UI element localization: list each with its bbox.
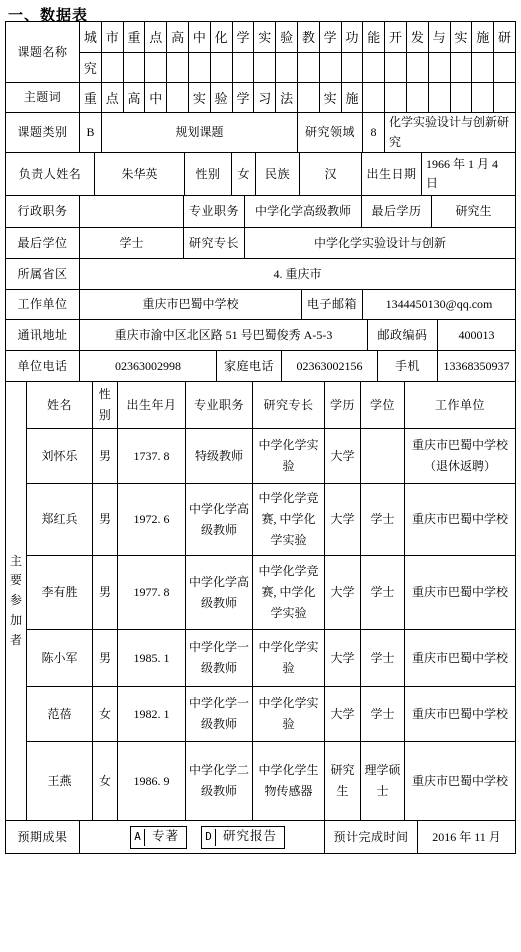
participant-title: 中学化学高级教师 bbox=[185, 484, 252, 555]
header-gender: 性别 bbox=[92, 382, 117, 428]
char-cell: 施 bbox=[471, 22, 493, 52]
char-cell bbox=[144, 53, 166, 83]
participant-gender: 男 bbox=[92, 429, 117, 483]
participant-specialty: 中学化学实验 bbox=[252, 429, 324, 483]
participant-row: 范蓓 女 1982. 1 中学化学一级教师 中学化学实验 大学 学士 重庆市巴蜀… bbox=[27, 686, 515, 741]
char-cell bbox=[101, 53, 123, 83]
char-cell bbox=[341, 53, 363, 83]
leader-ethnic-label: 民族 bbox=[255, 153, 299, 195]
research-field-name: 化学实验设计与创新研究 bbox=[384, 113, 515, 152]
participant-education: 大学 bbox=[324, 556, 360, 629]
participant-degree: 学士 bbox=[360, 556, 404, 629]
char-cell bbox=[210, 53, 232, 83]
participant-row: 郑红兵 男 1972. 6 中学化学高级教师 中学化学竞赛, 中学化学实验 大学… bbox=[27, 483, 515, 555]
row-leader: 负责人姓名 朱华英 性别 女 民族 汉 出生日期 1966 年 1 月 4 日 bbox=[6, 152, 515, 195]
participant-gender: 男 bbox=[92, 556, 117, 629]
email-label: 电子邮箱 bbox=[301, 290, 362, 319]
leader-ethnic: 汉 bbox=[299, 153, 361, 195]
participant-title: 中学化学二级教师 bbox=[185, 742, 252, 820]
project-name-label: 课题名称 bbox=[6, 22, 79, 82]
participant-degree: 学士 bbox=[360, 630, 404, 686]
char-cell bbox=[275, 53, 297, 83]
zip-label: 邮政编码 bbox=[367, 320, 437, 350]
participant-birth: 1972. 6 bbox=[117, 484, 185, 555]
char-cell: 能 bbox=[362, 22, 384, 52]
leader-gender-label: 性别 bbox=[184, 153, 231, 195]
char-cell: 验 bbox=[275, 22, 297, 52]
char-cell: 重 bbox=[80, 83, 101, 112]
char-cell bbox=[297, 53, 319, 83]
row-keywords: 主题词 重点高中实验学习法实施 bbox=[6, 82, 515, 112]
participant-title: 特级教师 bbox=[185, 429, 252, 483]
participant-birth: 1737. 8 bbox=[117, 429, 185, 483]
char-cell: 重 bbox=[123, 22, 145, 52]
row-phones: 单位电话 02363002998 家庭电话 02363002156 手机 133… bbox=[6, 350, 515, 381]
char-cell bbox=[362, 83, 384, 112]
char-cell: 学 bbox=[232, 83, 254, 112]
row-project-name: 课题名称 城市重点高中化学实验教学功能开发与实施研 究 bbox=[6, 22, 515, 82]
participant-education: 大学 bbox=[324, 484, 360, 555]
participant-name: 李有胜 bbox=[27, 556, 92, 629]
participant-specialty: 中学化学实验 bbox=[252, 630, 324, 686]
row-category: 课题类别 B 规划课题 研究领域 8 化学实验设计与创新研究 bbox=[6, 112, 515, 152]
deadline-label: 预计完成时间 bbox=[324, 821, 417, 853]
degree-value: 学士 bbox=[79, 228, 183, 258]
research-field-label: 研究领域 bbox=[297, 113, 362, 152]
char-cell bbox=[406, 53, 428, 83]
participants-header-row: 姓名 性别 出生年月 专业职务 研究专长 学历 学位 工作单位 bbox=[27, 382, 515, 428]
participant-degree: 学士 bbox=[360, 484, 404, 555]
header-workplace: 工作单位 bbox=[404, 382, 515, 428]
keywords-label: 主题词 bbox=[6, 83, 79, 112]
zip-value: 400013 bbox=[437, 320, 515, 350]
char-cell: 点 bbox=[144, 22, 166, 52]
project-name-grid: 城市重点高中化学实验教学功能开发与实施研 究 bbox=[79, 22, 515, 82]
participant-row: 李有胜 男 1977. 8 中学化学高级教师 中学化学竞赛, 中学化学实验 大学… bbox=[27, 555, 515, 629]
char-cell: 学 bbox=[232, 22, 254, 52]
email-value: 1344450130@qq.com bbox=[362, 290, 515, 319]
participant-degree bbox=[360, 429, 404, 483]
participants-table: 姓名 性别 出生年月 专业职务 研究专长 学历 学位 工作单位 刘怀乐 男 17… bbox=[26, 382, 515, 820]
participant-degree: 理学硕士 bbox=[360, 742, 404, 820]
char-cell bbox=[253, 53, 275, 83]
address-value: 重庆市渝中区北区路 51 号巴蜀俊秀 A-5-3 bbox=[79, 320, 367, 350]
specialty-value: 中学化学实验设计与创新 bbox=[244, 228, 515, 258]
result-box-monograph: A 专著 bbox=[130, 826, 187, 849]
participant-title: 中学化学一级教师 bbox=[185, 687, 252, 741]
participant-gender: 女 bbox=[92, 687, 117, 741]
data-table: 课题名称 城市重点高中化学实验教学功能开发与实施研 究 主题词 重点高中实验学习… bbox=[5, 21, 516, 854]
row-degree: 最后学位 学士 研究专长 中学化学实验设计与创新 bbox=[6, 227, 515, 258]
header-specialty: 研究专长 bbox=[252, 382, 324, 428]
char-cell: 教 bbox=[297, 22, 319, 52]
char-cell: 学 bbox=[319, 22, 341, 52]
char-cell: 高 bbox=[123, 83, 145, 112]
participant-row: 刘怀乐 男 1737. 8 特级教师 中学化学实验 大学 重庆市巴蜀中学校（退休… bbox=[27, 428, 515, 483]
char-cell bbox=[166, 83, 188, 112]
char-cell bbox=[188, 53, 210, 83]
char-cell bbox=[166, 53, 188, 83]
deadline-value: 2016 年 11 月 bbox=[417, 821, 515, 853]
leader-label: 负责人姓名 bbox=[6, 153, 94, 195]
char-cell: 实 bbox=[450, 22, 472, 52]
specialty-label: 研究专长 bbox=[183, 228, 244, 258]
result-code: A bbox=[131, 827, 144, 848]
char-cell: 验 bbox=[210, 83, 232, 112]
char-cell: 高 bbox=[166, 22, 188, 52]
char-cell: 实 bbox=[319, 83, 341, 112]
participant-workplace: 重庆市巴蜀中学校 bbox=[404, 687, 515, 741]
header-degree: 学位 bbox=[360, 382, 404, 428]
participant-row: 王燕 女 1986. 9 中学化学二级教师 中学化学生物传感器 研究生 理学硕士… bbox=[27, 741, 515, 820]
char-cell bbox=[471, 83, 493, 112]
participant-birth: 1986. 9 bbox=[117, 742, 185, 820]
home-phone-value: 02363002156 bbox=[281, 351, 377, 381]
result-box-report: D 研究报告 bbox=[201, 826, 285, 849]
char-cell bbox=[450, 83, 472, 112]
char-cell bbox=[406, 83, 428, 112]
char-cell bbox=[384, 53, 406, 83]
research-field-code: 8 bbox=[362, 113, 384, 152]
leader-birth: 1966 年 1 月 4 日 bbox=[421, 153, 515, 195]
participant-row: 陈小军 男 1985. 1 中学化学一级教师 中学化学实验 大学 学士 重庆市巴… bbox=[27, 629, 515, 686]
participant-specialty: 中学化学生物传感器 bbox=[252, 742, 324, 820]
participant-education: 研究生 bbox=[324, 742, 360, 820]
row-expected-results: 预期成果 A 专著 D 研究报告 预计完成时间 2016 年 11 月 bbox=[6, 820, 515, 853]
expected-results-value: A 专著 D 研究报告 bbox=[79, 821, 324, 853]
project-name-line2: 究 bbox=[80, 52, 515, 83]
project-name-line1: 城市重点高中化学实验教学功能开发与实施研 bbox=[80, 22, 515, 52]
participant-degree: 学士 bbox=[360, 687, 404, 741]
participant-specialty: 中学化学竞赛, 中学化学实验 bbox=[252, 556, 324, 629]
participant-workplace: 重庆市巴蜀中学校 bbox=[404, 484, 515, 555]
header-name: 姓名 bbox=[27, 382, 92, 428]
participant-name: 陈小军 bbox=[27, 630, 92, 686]
participant-workplace: 重庆市巴蜀中学校 bbox=[404, 556, 515, 629]
char-cell bbox=[319, 53, 341, 83]
participant-education: 大学 bbox=[324, 630, 360, 686]
participants-section: 主要参加者 姓名 性别 出生年月 专业职务 研究专长 学历 学位 工作单位 刘怀… bbox=[6, 381, 515, 820]
participant-gender: 女 bbox=[92, 742, 117, 820]
participant-specialty: 中学化学实验 bbox=[252, 687, 324, 741]
participant-education: 大学 bbox=[324, 429, 360, 483]
result-code: D bbox=[202, 827, 215, 848]
char-cell: 点 bbox=[101, 83, 123, 112]
office-phone-label: 单位电话 bbox=[6, 351, 79, 381]
participant-education: 大学 bbox=[324, 687, 360, 741]
char-cell bbox=[450, 53, 472, 83]
participant-workplace: 重庆市巴蜀中学校（退休返聘） bbox=[404, 429, 515, 483]
participant-gender: 男 bbox=[92, 630, 117, 686]
education-value: 研究生 bbox=[431, 196, 515, 227]
char-cell bbox=[232, 53, 254, 83]
category-name: 规划课题 bbox=[101, 113, 297, 152]
char-cell: 中 bbox=[188, 22, 210, 52]
char-cell bbox=[493, 53, 515, 83]
prof-title-label: 专业职务 bbox=[183, 196, 244, 227]
row-address: 通讯地址 重庆市渝中区北区路 51 号巴蜀俊秀 A-5-3 邮政编码 40001… bbox=[6, 319, 515, 350]
mobile-value: 13368350937 bbox=[437, 351, 515, 381]
admin-post-value bbox=[79, 196, 183, 227]
category-code: B bbox=[79, 113, 101, 152]
char-cell: 实 bbox=[253, 22, 275, 52]
char-cell: 法 bbox=[275, 83, 297, 112]
expected-results-label: 预期成果 bbox=[6, 821, 79, 853]
row-workplace: 工作单位 重庆市巴蜀中学校 电子邮箱 1344450130@qq.com bbox=[6, 289, 515, 319]
header-title: 专业职务 bbox=[185, 382, 252, 428]
document-page: { "title": "一、数据表", "project_name": { "l… bbox=[0, 0, 521, 952]
result-name: 研究报告 bbox=[216, 827, 284, 848]
char-cell: 发 bbox=[406, 22, 428, 52]
participants-side-label: 主要参加者 bbox=[6, 382, 26, 820]
char-cell: 与 bbox=[428, 22, 450, 52]
workplace-value: 重庆市巴蜀中学校 bbox=[79, 290, 301, 319]
char-cell: 功 bbox=[341, 22, 363, 52]
char-cell: 化 bbox=[210, 22, 232, 52]
participant-birth: 1982. 1 bbox=[117, 687, 185, 741]
participant-birth: 1985. 1 bbox=[117, 630, 185, 686]
participant-title: 中学化学高级教师 bbox=[185, 556, 252, 629]
page-title: 一、数据表 bbox=[0, 0, 521, 21]
participant-name: 王燕 bbox=[27, 742, 92, 820]
leader-name: 朱华英 bbox=[94, 153, 184, 195]
char-cell bbox=[471, 53, 493, 83]
char-cell: 习 bbox=[253, 83, 275, 112]
province-label: 所属省区 bbox=[6, 259, 79, 289]
char-cell bbox=[123, 53, 145, 83]
char-cell bbox=[362, 53, 384, 83]
education-label: 最后学历 bbox=[361, 196, 431, 227]
char-cell: 施 bbox=[341, 83, 363, 112]
header-education: 学历 bbox=[324, 382, 360, 428]
office-phone-value: 02363002998 bbox=[79, 351, 216, 381]
row-admin-post: 行政职务 专业职务 中学化学高级教师 最后学历 研究生 bbox=[6, 195, 515, 227]
header-birth: 出生年月 bbox=[117, 382, 185, 428]
char-cell: 中 bbox=[144, 83, 166, 112]
province-value: 4. 重庆市 bbox=[79, 259, 515, 289]
participant-name: 郑红兵 bbox=[27, 484, 92, 555]
address-label: 通讯地址 bbox=[6, 320, 79, 350]
char-cell: 实 bbox=[188, 83, 210, 112]
prof-title-value: 中学化学高级教师 bbox=[244, 196, 361, 227]
leader-gender: 女 bbox=[231, 153, 255, 195]
participant-birth: 1977. 8 bbox=[117, 556, 185, 629]
participant-workplace: 重庆市巴蜀中学校 bbox=[404, 742, 515, 820]
char-cell: 研 bbox=[493, 22, 515, 52]
leader-birth-label: 出生日期 bbox=[361, 153, 421, 195]
char-cell bbox=[428, 53, 450, 83]
char-cell: 究 bbox=[80, 53, 101, 83]
participant-name: 刘怀乐 bbox=[27, 429, 92, 483]
char-cell bbox=[297, 83, 319, 112]
participant-name: 范蓓 bbox=[27, 687, 92, 741]
home-phone-label: 家庭电话 bbox=[216, 351, 281, 381]
participant-specialty: 中学化学竞赛, 中学化学实验 bbox=[252, 484, 324, 555]
participant-gender: 男 bbox=[92, 484, 117, 555]
result-name: 专著 bbox=[145, 827, 186, 848]
degree-label: 最后学位 bbox=[6, 228, 79, 258]
keywords-grid: 重点高中实验学习法实施 bbox=[79, 83, 515, 112]
char-cell bbox=[428, 83, 450, 112]
participant-workplace: 重庆市巴蜀中学校 bbox=[404, 630, 515, 686]
char-cell bbox=[384, 83, 406, 112]
admin-post-label: 行政职务 bbox=[6, 196, 79, 227]
participant-title: 中学化学一级教师 bbox=[185, 630, 252, 686]
char-cell: 市 bbox=[101, 22, 123, 52]
char-cell bbox=[493, 83, 515, 112]
char-cell: 开 bbox=[384, 22, 406, 52]
row-province: 所属省区 4. 重庆市 bbox=[6, 258, 515, 289]
char-cell: 城 bbox=[80, 22, 101, 52]
category-label: 课题类别 bbox=[6, 113, 79, 152]
mobile-label: 手机 bbox=[377, 351, 437, 381]
workplace-label: 工作单位 bbox=[6, 290, 79, 319]
